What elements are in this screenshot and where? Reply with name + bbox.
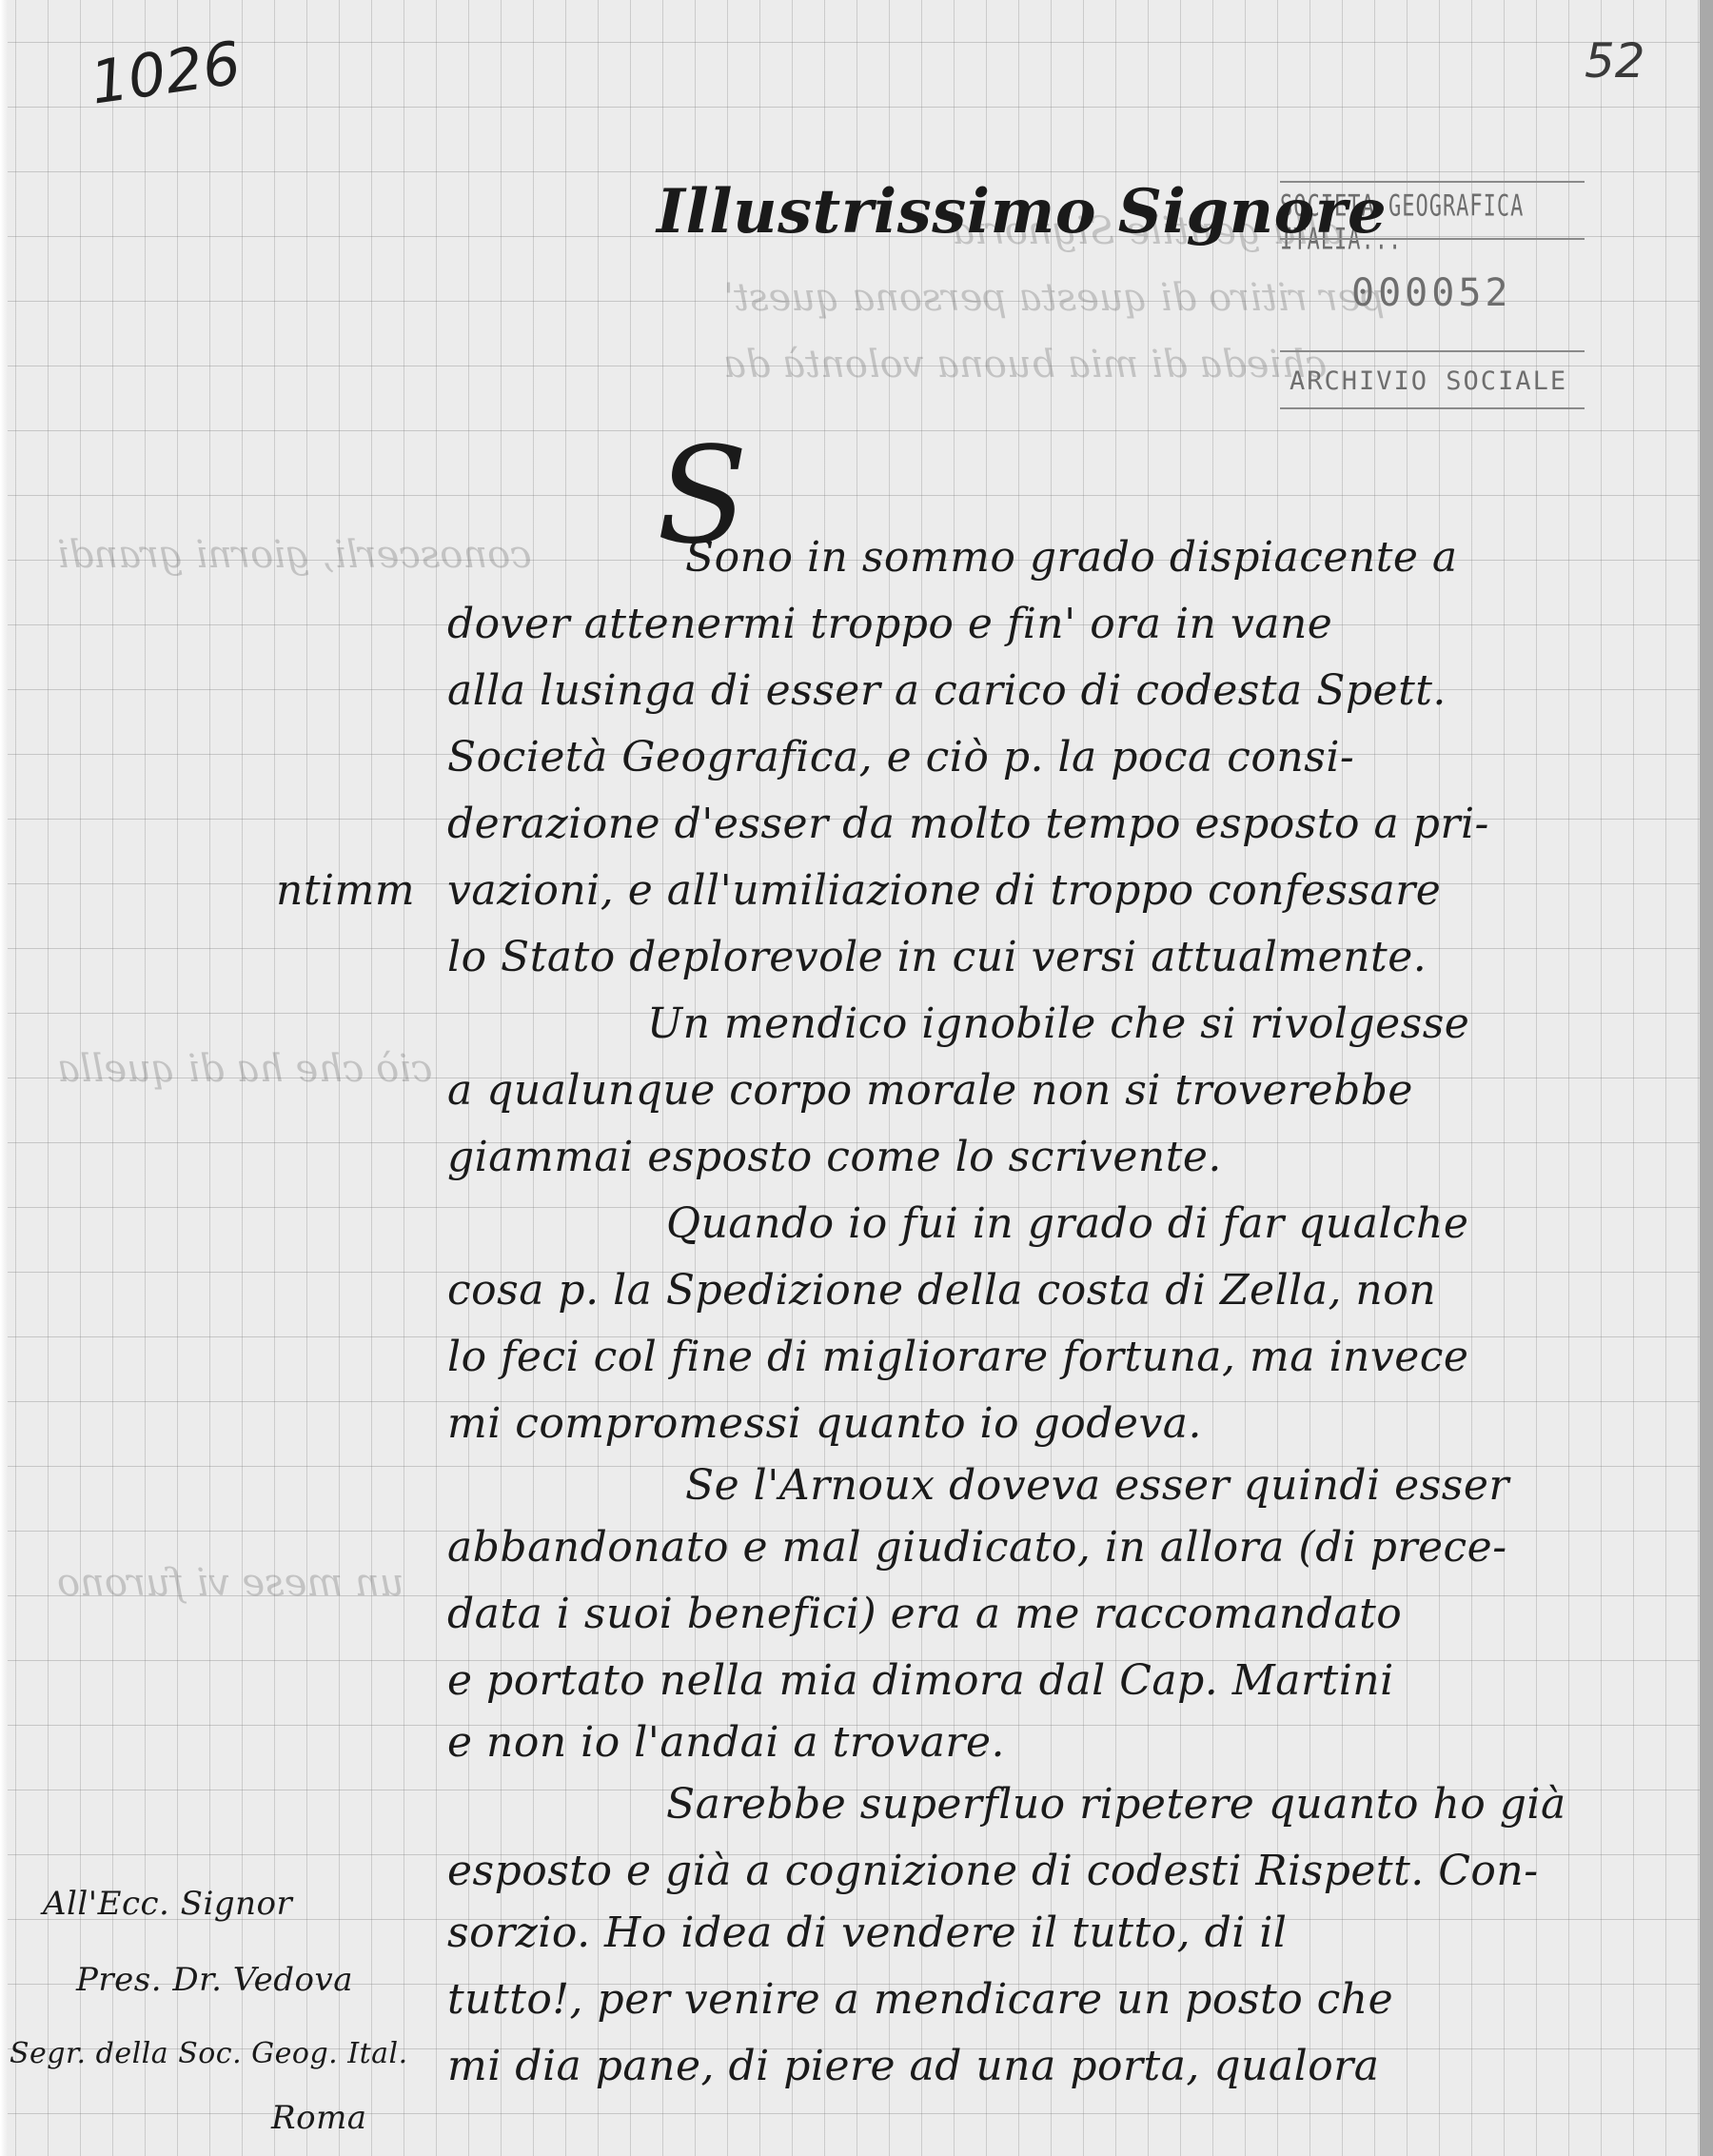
stamp-archive-label: ARCHIVIO SOCIALE: [1290, 366, 1567, 396]
letter-line: esposto e già a cognizione di codesti Ri…: [447, 1847, 1539, 1895]
letter-line: Quando io fui in grado di far qualche: [666, 1199, 1468, 1248]
letter-greeting: Illustrissimo Signore: [657, 176, 1387, 247]
letter-line: data i suoi benefici) era a me raccomand…: [447, 1590, 1402, 1638]
letter-line: cosa p. la Spedizione della costa di Zel…: [447, 1266, 1436, 1315]
address-line: Segr. della Soc. Geog. Ital.: [10, 2037, 408, 2070]
address-line: Pres. Dr. Vedova: [76, 1961, 353, 1999]
letter-line: a qualunque corpo morale non si trovereb…: [447, 1066, 1413, 1115]
stamp-number: 000052: [1351, 271, 1512, 315]
page-left-edge: [0, 0, 8, 2156]
bleed-through-text: un mese vi furono: [57, 1561, 404, 1605]
scan-right-edge: [1700, 0, 1713, 2156]
letter-line: Sono in sommo grado dispiacente a: [685, 533, 1458, 582]
letter-line: abbandonato e mal giudicato, in allora (…: [447, 1523, 1507, 1572]
letter-line: Società Geografica, e ciò p. la poca con…: [447, 733, 1354, 781]
bleed-through-text: ciò che ha di quella: [57, 1047, 432, 1091]
letter-line: Un mendico ignobile che si rivolgesse: [647, 999, 1469, 1048]
letter-line: Se l'Arnoux doveva esser quindi esser: [685, 1461, 1509, 1510]
bleed-through-text: chieda di mia buona volontà da: [723, 343, 1327, 386]
letter-line: mi dia pane, di piere ad una porta, qual…: [447, 2042, 1379, 2090]
letter-line: giammai esposto come lo scrivente.: [447, 1133, 1222, 1181]
address-line: All'Ecc. Signor: [43, 1885, 292, 1923]
address-line: Roma: [271, 2099, 367, 2137]
letter-line: sorzio. Ho idea di vendere il tutto, di …: [447, 1909, 1287, 1957]
letter-line: Sarebbe superfluo ripetere quanto ho già: [666, 1780, 1566, 1829]
letter-line: tutto!, per venire a mendicare un posto …: [447, 1975, 1393, 2024]
letter-line: e portato nella mia dimora dal Cap. Mart…: [447, 1656, 1394, 1705]
letter-line: lo feci col fine di migliorare fortuna, …: [447, 1333, 1468, 1381]
letter-line: dover attenermi troppo e fin' ora in van…: [447, 600, 1332, 648]
archive-number: 1026: [87, 28, 245, 117]
letter-line: alla lusinga di esser a carico di codest…: [447, 666, 1447, 715]
letter-page: alla gentile Signoria per ritiro di ques…: [0, 0, 1700, 2156]
letter-line: mi compromessi quanto io godeva.: [447, 1399, 1202, 1448]
letter-line: vazioni, e all'umiliazione di troppo con…: [447, 866, 1441, 915]
letter-line: e non io l'andai a trovare.: [447, 1718, 1005, 1767]
letter-line: derazione d'esser da molto tempo esposto…: [447, 800, 1489, 848]
margin-fragment: ntimm: [276, 866, 415, 915]
folio-number: 52: [1585, 33, 1645, 89]
bleed-through-text: conoscerli, giorni grandi: [57, 533, 532, 577]
letter-line: lo Stato deplorevole in cui versi attual…: [447, 933, 1427, 981]
